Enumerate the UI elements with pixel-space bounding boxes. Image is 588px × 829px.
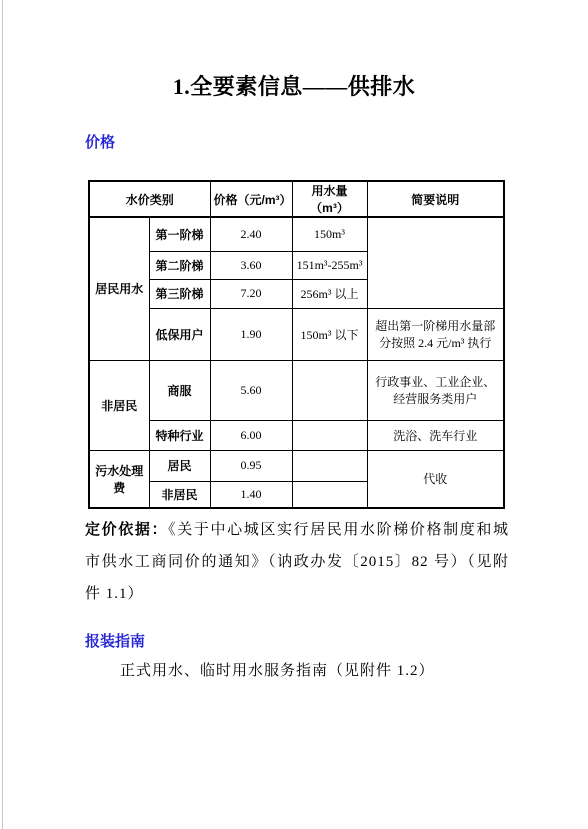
cell-sub-sewage-nonres: 非居民: [149, 481, 210, 508]
group-nonresidential: 非居民: [89, 360, 149, 450]
header-usage: 用水量（m³）: [292, 181, 367, 217]
cell-usage-tier1: 150m³: [292, 217, 367, 251]
cell-sub-lowincome: 低保用户: [149, 308, 210, 360]
pricing-basis-label: 定价依据：: [85, 521, 168, 538]
header-category: 水价类别: [89, 181, 210, 217]
header-note: 简要说明: [367, 181, 504, 217]
cell-usage-special: [292, 420, 367, 450]
cell-usage-lowincome: 150m³ 以下: [292, 308, 367, 360]
cell-sub-commercial: 商服: [149, 360, 210, 420]
cell-usage-tier2: 151m³-255m³: [292, 251, 367, 279]
cell-price-special: 6.00: [210, 420, 292, 450]
cell-note-special: 洗浴、洗车行业: [367, 420, 504, 450]
table-row-sewage-residential: 污水处理费 居民 0.95 代收: [89, 450, 504, 481]
table-row-special-industry: 特种行业 6.00 洗浴、洗车行业: [89, 420, 504, 450]
group-residential-water: 居民用水: [89, 217, 149, 360]
cell-usage-sewage-nonres: [292, 481, 367, 508]
page-edge-line: [2, 0, 3, 829]
cell-sub-tier2: 第二阶梯: [149, 251, 210, 279]
table-row-tier1: 居民用水 第一阶梯 2.40 150m³: [89, 217, 504, 251]
table-header-row: 水价类别 价格（元/m³） 用水量（m³） 简要说明: [89, 181, 504, 217]
water-price-table-wrap: 水价类别 价格（元/m³） 用水量（m³） 简要说明 居民用水 第一阶梯 2.4…: [88, 180, 505, 509]
cell-note-tiers: [367, 217, 504, 308]
cell-usage-sewage-res: [292, 450, 367, 481]
table-row-lowincome: 低保用户 1.90 150m³ 以下 超出第一阶梯用水量部分按照 2.4 元/m…: [89, 308, 504, 360]
cell-price-tier2: 3.60: [210, 251, 292, 279]
cell-price-lowincome: 1.90: [210, 308, 292, 360]
cell-sub-sewage-res: 居民: [149, 450, 210, 481]
water-price-table: 水价类别 价格（元/m³） 用水量（m³） 简要说明 居民用水 第一阶梯 2.4…: [88, 180, 505, 509]
guide-text: 正式用水、临时用水服务指南（见附件 1.2）: [120, 659, 435, 680]
cell-price-sewage-nonres: 1.40: [210, 481, 292, 508]
cell-sub-tier3: 第三阶梯: [149, 279, 210, 308]
cell-note-commercial: 行政事业、工业企业、经营服务类用户: [367, 360, 504, 420]
cell-note-sewage: 代收: [367, 450, 504, 508]
cell-usage-tier3: 256m³ 以上: [292, 279, 367, 308]
group-sewage-fee: 污水处理费: [89, 450, 149, 508]
header-price: 价格（元/m³）: [210, 181, 292, 217]
pricing-basis-paragraph: 定价依据：《关于中心城区实行居民用水阶梯价格制度和城市供水工商同价的通知》（讷政…: [85, 514, 509, 610]
price-section-heading: 价格: [85, 131, 115, 152]
guide-section-heading: 报装指南: [85, 630, 145, 651]
cell-price-commercial: 5.60: [210, 360, 292, 420]
cell-note-lowincome: 超出第一阶梯用水量部分按照 2.4 元/m³ 执行: [367, 308, 504, 360]
cell-sub-tier1: 第一阶梯: [149, 217, 210, 251]
document-page: 1.全要素信息——供排水 价格 水价类别 价格（元/m³） 用水量（m³） 简要…: [0, 0, 588, 829]
cell-price-tier3: 7.20: [210, 279, 292, 308]
cell-price-tier1: 2.40: [210, 217, 292, 251]
cell-sub-special: 特种行业: [149, 420, 210, 450]
table-row-commercial: 非居民 商服 5.60 行政事业、工业企业、经营服务类用户: [89, 360, 504, 420]
cell-price-sewage-res: 0.95: [210, 450, 292, 481]
page-title: 1.全要素信息——供排水: [0, 70, 588, 101]
cell-usage-commercial: [292, 360, 367, 420]
